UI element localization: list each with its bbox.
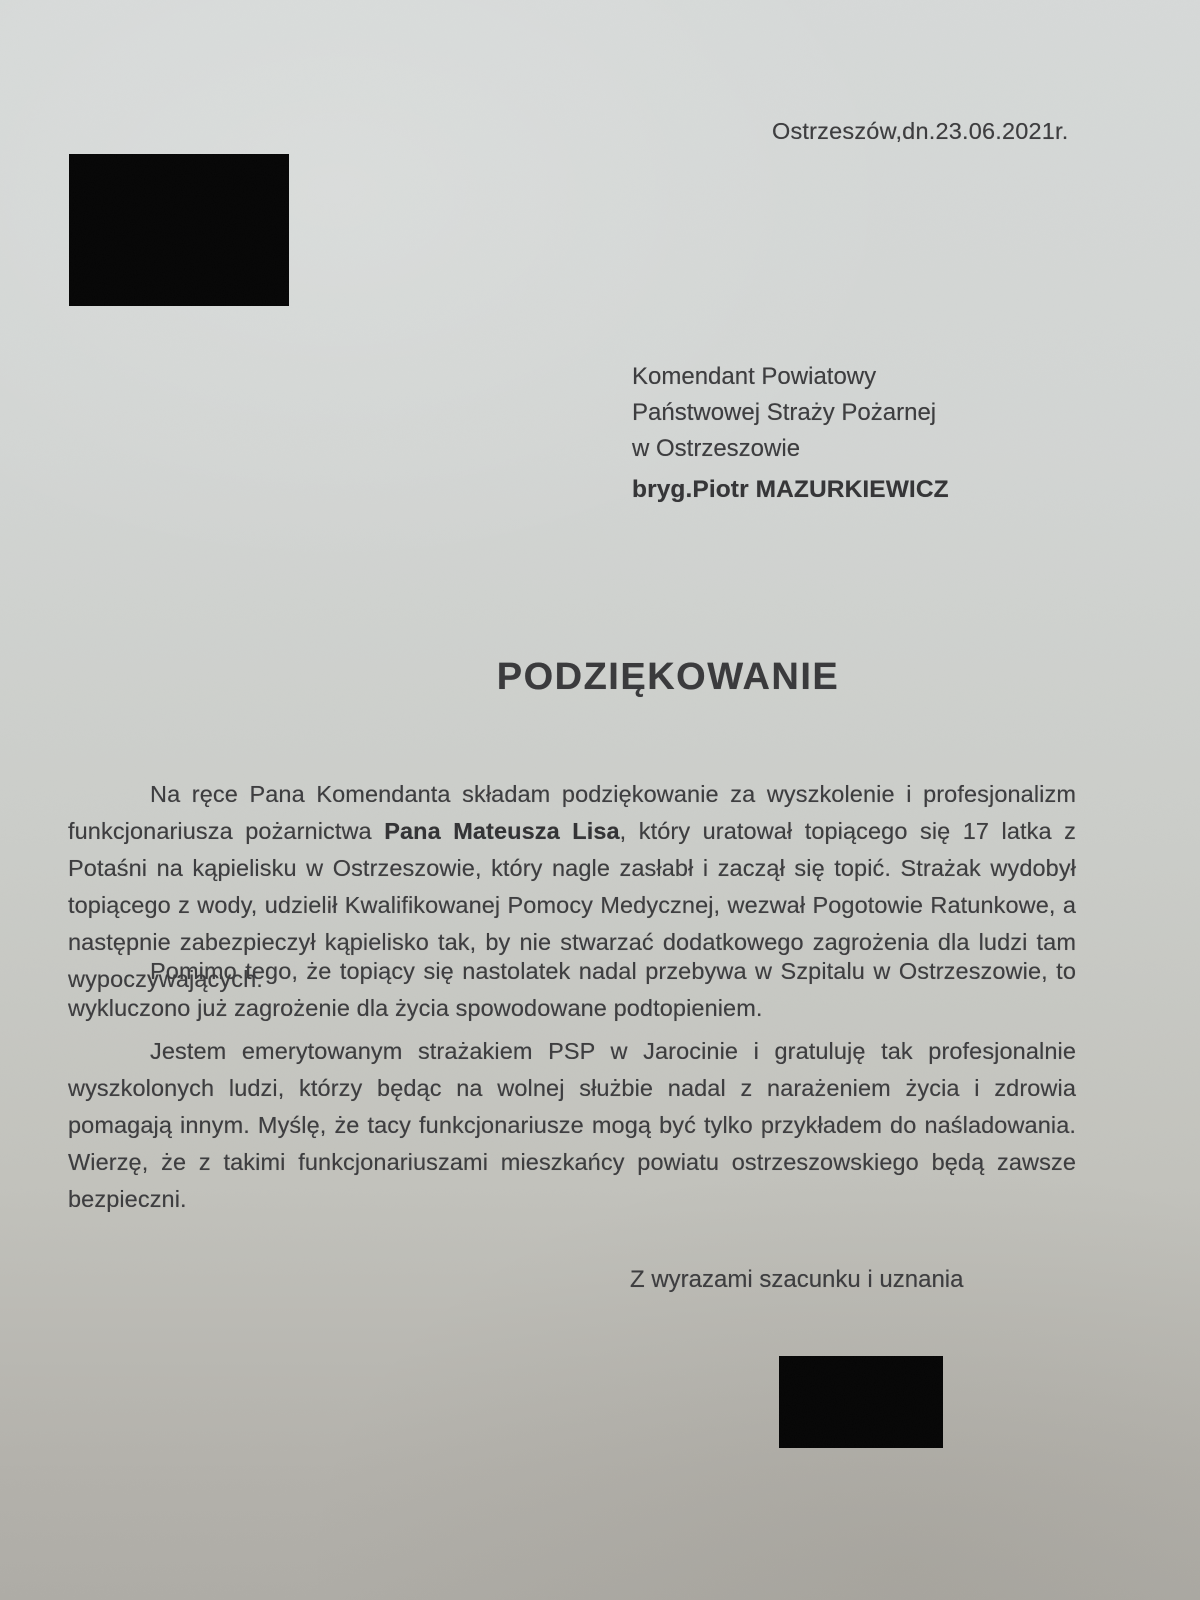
closing-line: Z wyrazami szacunku i uznania [630,1266,963,1294]
honoree-name: Pana Mateusza Lisa [384,818,619,844]
recipient-line-1: Komendant Powiatowy [632,359,936,395]
recipient-line-2: Państwowej Straży Pożarnej [632,395,936,431]
signature-redaction-box [779,1356,943,1448]
scanned-letter-photo: Ostrzeszów,dn.23.06.2021r. Komendant Pow… [0,0,1200,1600]
recipient-name: bryg.Piotr MAZURKIEWICZ [632,476,949,504]
date-line: Ostrzeszów,dn.23.06.2021r. [772,118,1069,145]
recipient-line-3: w Ostrzeszowie [632,431,936,467]
paragraph-2: Pomimo tego, że topiący się nastolatek n… [68,953,1076,1027]
paragraph-3: Jestem emerytowanym strażakiem PSP w Jar… [68,1033,1076,1218]
letter-title: PODZIĘKOWANIE [428,656,908,699]
sender-redaction-box [69,154,289,306]
recipient-block: Komendant Powiatowy Państwowej Straży Po… [632,359,936,467]
